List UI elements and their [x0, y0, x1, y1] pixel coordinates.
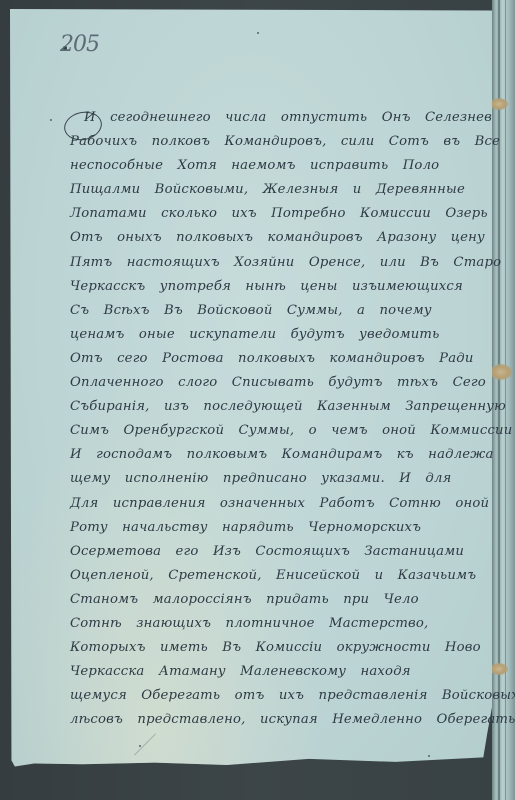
paper-speck [50, 119, 52, 121]
text-line: Оплаченного слого Списывать будутъ тѣхъ … [70, 371, 500, 395]
text-line: Пищалми Войсковыми, Железныя и Деревянны… [70, 178, 500, 202]
text-line: лѣсовъ представлено, искупая Немедленно … [70, 708, 500, 732]
text-line: И господамъ полковымъ Командирамъ къ над… [70, 443, 500, 467]
text-line: Събиранія, изъ последующей Казенным Запр… [70, 395, 500, 419]
text-line: Черкасска Атаману Маленевскому находя [70, 660, 500, 684]
text-line: Отъ сего Ростова полковыхъ командировъ Р… [70, 347, 500, 371]
text-line: Станомъ малороссіянъ придать при Чело [70, 588, 500, 612]
text-line: Симъ Оренбургской Суммы, о чемъ оной Ком… [70, 419, 500, 443]
paper-speck [257, 32, 259, 34]
manuscript-text: И сегоднешнего числа отпустить Онъ Селез… [70, 106, 500, 732]
text-line: неспособные Хотя наемомъ исправить Поло [70, 154, 500, 178]
text-line: Черкасскъ употребя нынѣ цены изъимеющихс… [70, 275, 500, 299]
text-line: И сегоднешнего числа отпустить Онъ Селез… [70, 106, 500, 130]
text-line: Рабочихъ полковъ Командировъ, сили Сотъ … [70, 130, 500, 154]
paper-speck [139, 745, 141, 747]
text-line: Пятъ настоящихъ Хозяйни Оренсе, или Въ С… [70, 251, 500, 275]
text-line: Роту начальству нарядить Черноморскихъ [70, 516, 500, 540]
paper-speck [428, 755, 430, 757]
text-line: ценамъ оные искупатели будутъ уведомить [70, 323, 500, 347]
text-line: Осерметова его Изъ Состоящихъ Застаницам… [70, 540, 500, 564]
text-line: щему исполненію предписано указами. И дл… [70, 467, 500, 491]
folio-number: 205 [60, 32, 99, 57]
text-line: Оцепленой, Сретенской, Енисейской и Каза… [70, 564, 500, 588]
text-line: щемуся Оберегать отъ ихъ представленія В… [70, 684, 500, 708]
text-line: Съ Всѣхъ Въ Войсковой Суммы, а почему [70, 299, 500, 323]
text-line: Для исправления означенных Работъ Сотню … [70, 492, 500, 516]
text-line: Сотнѣ знающихъ плотничное Мастерство, [70, 612, 500, 636]
text-line: Лопатами сколько ихъ Потребно Комиссии О… [70, 202, 500, 226]
document-scan: 205 И сегоднешнего числа отпустить Онъ С… [0, 0, 515, 800]
text-line: Которыхъ иметь Въ Комиссіи окружности Но… [70, 636, 500, 660]
paper-crease [134, 734, 156, 756]
text-line: Отъ оныхъ полковыхъ командировъ Аразону … [70, 226, 500, 250]
